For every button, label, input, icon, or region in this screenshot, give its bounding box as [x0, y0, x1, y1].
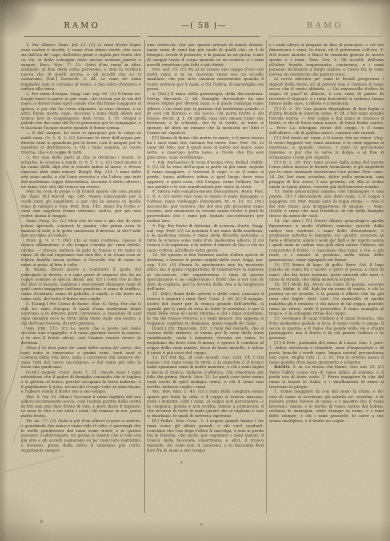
text-column-3: e i rami allora si piegano in fino al pr… — [269, 43, 384, 513]
dictionary-paragraph: Prov. g. 9. v. 7. [W.] Chi ai rami s'att… — [21, 238, 141, 267]
sense-number: 4. — [26, 268, 34, 272]
page-number: —( 58 )— — [148, 21, 260, 30]
headword: RAMO. — [274, 365, 293, 369]
dictionary-paragraph: 3. Per una delle parti in che si dividon… — [21, 155, 141, 189]
column-divider-left — [144, 40, 145, 513]
dictionary-paragraph: [Cont.] Cit. Tipocosm. 257. I rami del m… — [147, 326, 264, 355]
dictionary-paragraph: [T.] Ramo di fiume che mette in mare; e … — [147, 136, 264, 160]
dictionary-paragraph: 15. [T.] Ramo di lago, di golfo. Bern. O… — [269, 263, 384, 283]
sense-number: 6. — [152, 92, 158, 96]
paper-specks — [0, 0, 1, 1]
sense-number: 11. — [152, 292, 160, 296]
sense-number: — — [26, 131, 32, 135]
dictionary-paragraph: 13. Dalle generazioni umane; chè l'immag… — [269, 189, 384, 218]
dictionary-paragraph: 6. [Val.] Il ramo della genealogia, dell… — [147, 92, 264, 136]
dictionary-paragraph: 7. Fig. Parlandosi di vena d'acqua viva.… — [147, 160, 264, 189]
dictionary-paragraph: Sen. Pist. 112. (C) Lo nesto che è posto… — [21, 326, 141, 346]
dictionary-paragraph: e i rami allora si piegano in fino al pr… — [269, 43, 384, 77]
header-rule-left — [24, 36, 140, 37]
dictionary-paragraph: Fir. As. 77. (C) Quivi a piè d'un albero… — [21, 419, 141, 453]
sense-number: 3. — [26, 155, 32, 159]
text-column-2-content: una corteccia, che per quanti arbusti di… — [147, 43, 264, 453]
dictionary-paragraph: [T.] D. 3. 18. Una pianta dispogliata di… — [269, 106, 384, 135]
sense-number: 8. — [152, 189, 157, 193]
dictionary-paragraph: [T.] Del vento ne' rami, e il suono che … — [269, 136, 384, 160]
dictionary-paragraph: 4. Ramo, dicesi anche a Contratto il qua… — [21, 268, 141, 302]
header-rule-right — [268, 36, 382, 37]
sense-number: Prov. — [26, 238, 39, 242]
text-column-1-content: 1. Per Albero. Dant. Inf. 13. (C) Li ram… — [21, 43, 141, 453]
dictionary-paragraph: [F.] Pallav. Stor. Conc. 1. I negozi gra… — [147, 419, 264, 453]
dictionary-paragraph: 14. (Ar. mes.) [T.] Dicesi Albero geneal… — [269, 219, 384, 263]
sense-number: 2. — [26, 92, 31, 96]
sense-number: 12. — [152, 355, 160, 359]
dictionary-paragraph: 10. Nè questo si dee fermare anche d'alt… — [147, 253, 264, 292]
dictionary-paragraph: — E del sangue: Le vene si spargono per … — [21, 131, 141, 155]
header-rule-center — [148, 36, 260, 37]
dictionary-paragraph: 16. [T.] Modi fig. Avere un ramo di pazz… — [269, 282, 384, 316]
running-header: RAMO —( 58 )— RAMO — [0, 21, 390, 35]
sense-number: 10. — [152, 253, 160, 257]
running-head-left: RAMO — [24, 21, 140, 30]
sense-number: 7. — [152, 160, 157, 164]
dictionary-paragraph: Nov. ant. 31. (C) Fu al re recato uno na… — [147, 67, 264, 91]
dictionary-paragraph: [T.] D. 2. 28. Tra' rami scossi dalla ci… — [269, 160, 384, 189]
sense-number: 13. — [274, 189, 282, 193]
sense-number: 9. — [152, 224, 158, 228]
sense-number: Pist. — [26, 394, 37, 398]
sense-number: 15. — [274, 263, 283, 267]
sense-number: 1. — [274, 390, 280, 394]
sense-number: 1. — [26, 43, 32, 47]
running-head-right: RAMO — [268, 21, 382, 30]
dictionary-paragraph: 1. Per Albero. Dant. Inf. 13. (C) Li ram… — [21, 43, 141, 92]
sense-number: 14. — [274, 219, 283, 223]
dictionary-paragraph: 1. Come maggiore fu con dal ramo la Ital… — [269, 390, 384, 424]
text-column-1: 1. Per Albero. Dant. Inf. 13. (C) Li ram… — [21, 43, 141, 513]
dictionary-paragraph: [G.M.] Segner. Crist. instr. 1. 11. Ques… — [21, 370, 141, 394]
sense-number: Nov. — [152, 67, 163, 71]
dictionary-paragraph: Pist. S. Gir. 15. (Man.) Siccome il ramo… — [21, 394, 141, 418]
text-column-3-content: e i rami allora si piegano in fino al pr… — [269, 43, 384, 424]
dictionary-paragraph: 5. [Camp.] Per Corno di fiume. Mor. S. G… — [21, 302, 141, 326]
dictionary-paragraph: 2. Per ramo d'acqua. Sagg. nat. esp. 60.… — [21, 92, 141, 131]
column-divider-right — [266, 40, 267, 513]
text-column-2: una corteccia, che per quanti arbusti di… — [147, 43, 264, 513]
dictionary-paragraph: Dant. Purg. 32. (C) Men che di rose e pi… — [21, 219, 141, 239]
dictionary-paragraph: 8. Talora vale semplicemente Discendente… — [147, 189, 264, 223]
entry-headword-paragraph: RAMO. S. m. Lo stesso che Rame. Nov. ant… — [269, 365, 384, 389]
dictionary-paragraph: al cervo allevato pe' rami le frondi por… — [269, 77, 384, 106]
sense-number: 5. — [26, 302, 31, 306]
dictionary-paragraph: 12. [T.] Nel fig., di cose morali. Cas. … — [147, 355, 264, 389]
dictionary-paragraph: 9. Fig. Per Parte di dottrina, di scienz… — [147, 224, 264, 253]
sense-number: 16. — [274, 282, 282, 286]
dictionary-paragraph: 17. Germano di rami d'alberi è il ramo f… — [269, 316, 384, 340]
dictionary-paragraph: Tac. Dav. Ann. 2. 43. (C) I rami della c… — [147, 390, 264, 419]
dictionary-paragraph: (Rosc.) Si dice pure de' rami delle corn… — [21, 346, 141, 370]
dictionary-paragraph: una corteccia, che per quanti arbusti di… — [147, 43, 264, 67]
scanned-book-page: RAMO —( 58 )— RAMO 1. Per Albero. Dant. … — [0, 0, 390, 541]
sense-number: 17. — [274, 316, 282, 320]
dictionary-paragraph: Non ha cosa di pome o di frondi sparte c… — [21, 189, 141, 218]
dictionary-paragraph: [T.] Il Petr., parlando del ramo di Laur… — [269, 341, 384, 365]
dictionary-paragraph: 11. (Mil.) Rami delle arterie e delle ve… — [147, 292, 264, 326]
